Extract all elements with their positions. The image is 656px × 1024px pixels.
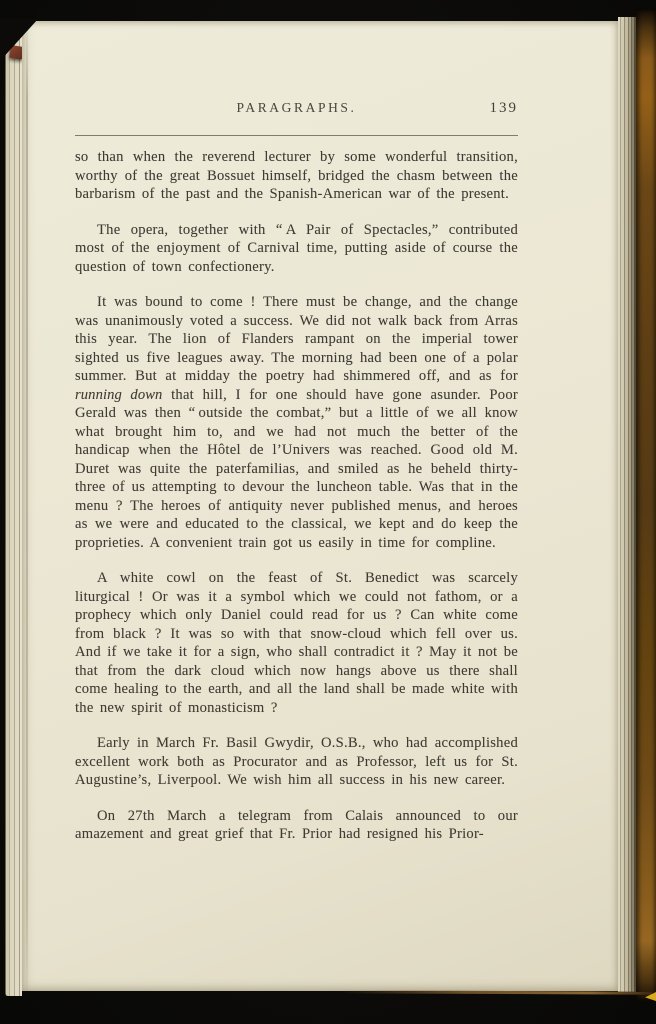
running-header-title: PARAGRAPHS. bbox=[75, 100, 518, 116]
paragraph-text: that hill, I for one should have gone as… bbox=[75, 387, 518, 551]
cover-bottom-edge bbox=[340, 990, 652, 994]
right-page-edges bbox=[618, 17, 636, 992]
left-page-edges bbox=[5, 24, 22, 996]
paragraph: On 27th March a telegram from Calais ann… bbox=[75, 807, 518, 844]
paragraph: Early in March Fr. Basil Gwydir, O.S.B.,… bbox=[75, 734, 518, 790]
paragraph: so than when the reverend lecturer by so… bbox=[75, 148, 518, 204]
header-rule bbox=[75, 135, 518, 136]
leather-cover-strip bbox=[636, 9, 656, 1001]
paragraph-text: It was bound to come ! There must be cha… bbox=[75, 294, 518, 384]
italic-phrase: running down bbox=[75, 387, 162, 403]
text-block: PARAGRAPHS. 139 so than when the reveren… bbox=[75, 21, 518, 844]
paragraph: It was bound to come ! There must be cha… bbox=[75, 293, 518, 552]
paragraph: A white cowl on the feast of St. Benedic… bbox=[75, 569, 518, 717]
book-photo-scene: PARAGRAPHS. 139 so than when the reveren… bbox=[0, 0, 656, 1024]
page-body-text: so than when the reverend lecturer by so… bbox=[75, 148, 518, 844]
running-head: PARAGRAPHS. 139 bbox=[75, 100, 518, 120]
book-page: PARAGRAPHS. 139 so than when the reveren… bbox=[22, 21, 618, 991]
page-number: 139 bbox=[490, 100, 519, 117]
paragraph: The opera, together with “ A Pair of Spe… bbox=[75, 221, 518, 277]
